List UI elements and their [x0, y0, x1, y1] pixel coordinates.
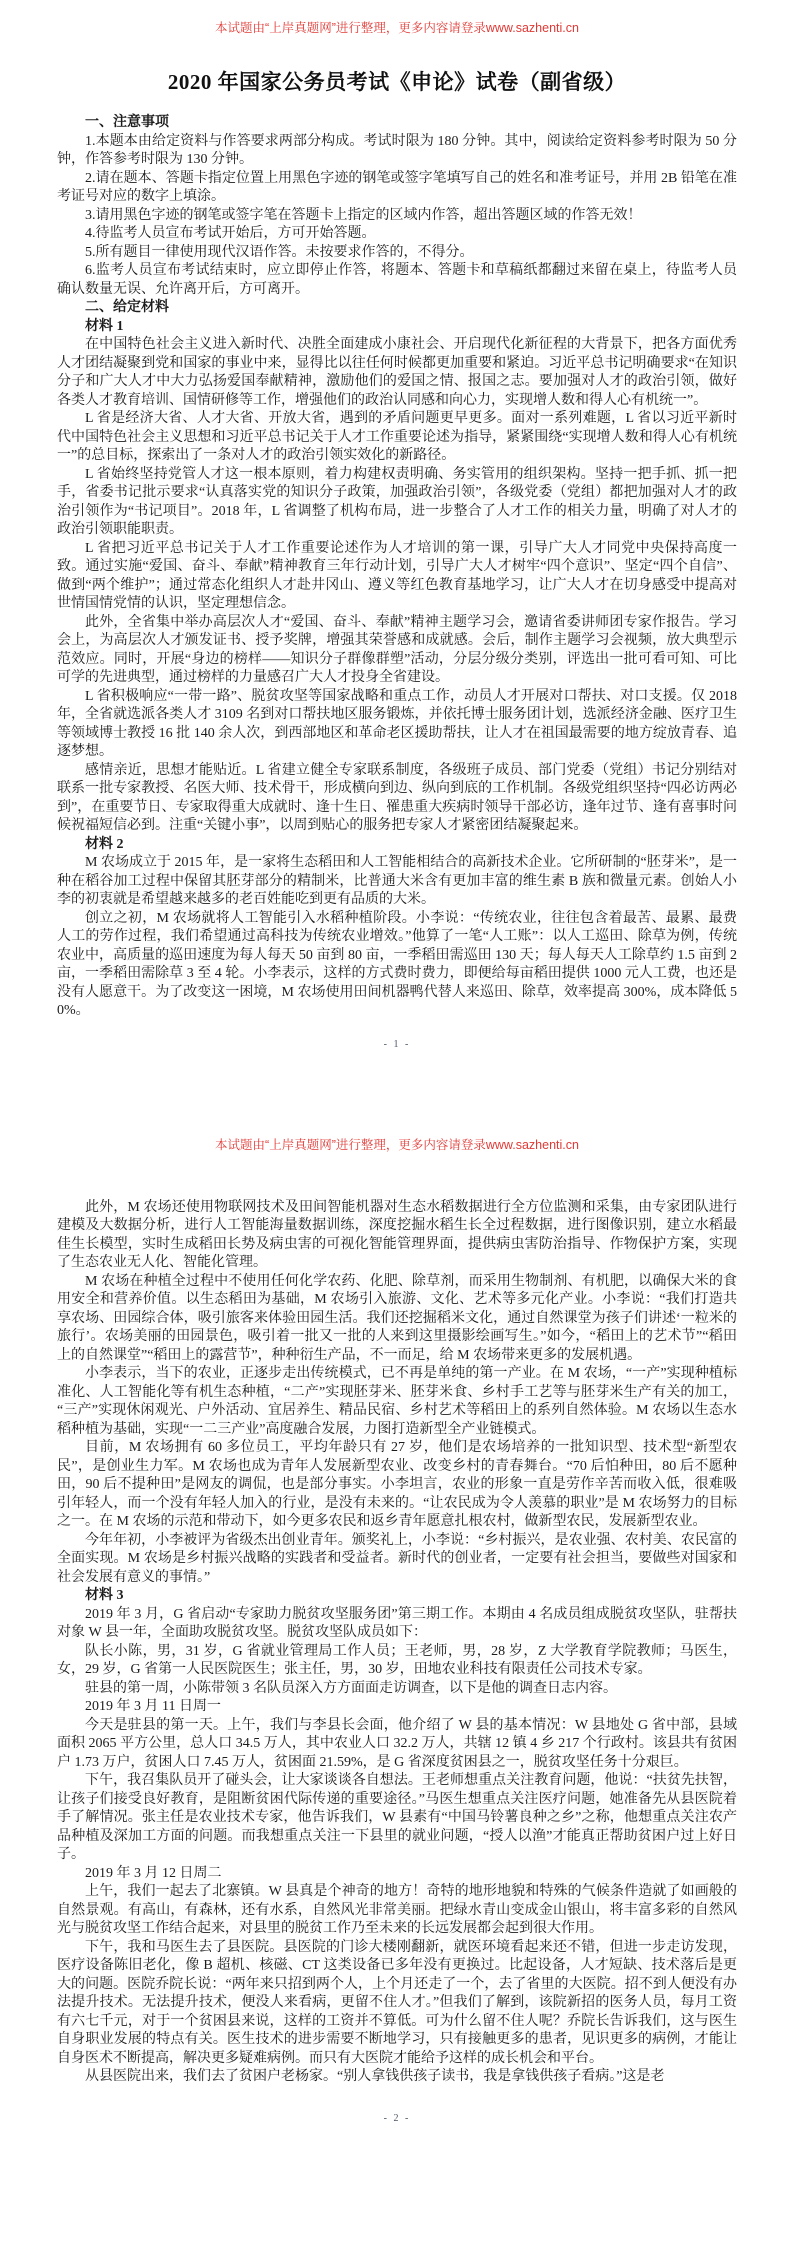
material1-paragraph: L 省把习近平总书记关于人才工作重要论述作为人才培训的第一课，引导广大人才同党中…: [57, 540, 737, 614]
material3-diary-date: 2019 年 3 月 11 日周一: [57, 1698, 737, 1717]
material3-paragraph: 下午，我和马医生去了县医院。县医院的门诊大楼刚翻新，就医环境看起来还不错，但进一…: [57, 1939, 737, 2069]
material3-heading: 材料 3: [57, 1587, 737, 1606]
page-1: 本试题由“上岸真题网”进行整理，更多内容请登录www.sazhenti.cn 2…: [0, 0, 794, 1050]
material2-paragraph: M 农场成立于 2015 年，是一家将生态稻田和人工智能相结合的高新技术企业。它…: [57, 854, 737, 910]
material1-paragraph: L 省始终坚持党管人才这一根本原则，着力构建权责明确、务实管用的组织架构。坚持一…: [57, 466, 737, 540]
material1-paragraph: L 省积极响应“一带一路”、脱贫攻坚等国家战略和重点工作，动员人才开展对口帮扶、…: [57, 688, 737, 762]
section-heading-materials: 二、给定材料: [57, 299, 737, 318]
notice-item: 4.待监考人员宣布考试开始后，方可开始答题。: [57, 225, 737, 244]
exam-title: 2020 年国家公务员考试《申论》试卷（副省级）: [57, 66, 737, 96]
notice-item: 5.所有题目一律使用现代汉语作答。未按要求作答的，不得分。: [57, 244, 737, 263]
material2-paragraph: 此外，M 农场还使用物联网技术及田间智能机器对生态水稻数据进行全方位监测和采集，…: [57, 1199, 737, 1273]
source-site-notice: 本试题由“上岸真题网”进行整理，更多内容请登录www.sazhenti.cn: [57, 0, 737, 36]
material2-heading: 材料 2: [57, 836, 737, 855]
notice-item: 2.请在题本、答题卡指定位置上用黑色字迹的钢笔或签字笔填写自己的姓名和准考证号，…: [57, 170, 737, 207]
page2-body: 此外，M 农场还使用物联网技术及田间智能机器对生态水稻数据进行全方位监测和采集，…: [57, 1199, 737, 2087]
material3-paragraph: 2019 年 3 月，G 省启动“专家助力脱贫攻坚服务团”第三期工作。本期由 4…: [57, 1606, 737, 1643]
page1-number: - 1 -: [57, 1039, 737, 1050]
material1-paragraph: 此外，全省集中举办高层次人才“爱国、奋斗、奉献”精神主题学习会，邀请省委讲师团专…: [57, 614, 737, 688]
material2-paragraph: M 农场在种植全过程中不使用任何化学农药、化肥、除草剂，而采用生物制剂、有机肥，…: [57, 1273, 737, 1366]
page-2: 本试题由“上岸真题网”进行整理，更多内容请登录www.sazhenti.cn 此…: [0, 1138, 794, 2124]
material3-paragraph: 队长小陈，男，31 岁，G 省就业管理局工作人员；王老师，男，28 岁，Z 大学…: [57, 1643, 737, 1680]
material1-paragraph: 感情亲近，思想才能贴近。L 省建立健全专家联系制度，各级班子成员、部门党委（党组…: [57, 762, 737, 836]
notice-item: 1.本题本由给定资料与作答要求两部分构成。考试时限为 180 分钟。其中，阅读给…: [57, 133, 737, 170]
page1-body: 一、注意事项 1.本题本由给定资料与作答要求两部分构成。考试时限为 180 分钟…: [57, 114, 737, 1021]
material2-paragraph: 今年年初，小李被评为省级杰出创业青年。颁奖礼上，小李说：“乡村振兴，是农业强、农…: [57, 1532, 737, 1588]
notice-item: 6.监考人员宣布考试结束时，应立即停止作答，将题本、答题卡和草稿纸都翻过来留在桌…: [57, 262, 737, 299]
material1-paragraph: L 省是经济大省、人才大省、开放大省，遇到的矛盾问题更早更多。面对一系列难题，L…: [57, 410, 737, 466]
material1-heading: 材料 1: [57, 318, 737, 337]
material3-paragraph: 上午，我们一起去了北寨镇。W 县真是个神奇的地方！奇特的地形地貌和特殊的气候条件…: [57, 1883, 737, 1939]
source-site-notice: 本试题由“上岸真题网”进行整理，更多内容请登录www.sazhenti.cn: [57, 1138, 737, 1153]
material2-paragraph: 创立之初，M 农场就将人工智能引入水稻种植阶段。小李说：“传统农业，往往包含着最…: [57, 910, 737, 1021]
material3-paragraph: 下午，我召集队员开了碰头会，让大家谈谈各自想法。王老师想重点关注教育问题，他说：…: [57, 1772, 737, 1865]
material3-paragraph: 驻县的第一周，小陈带领 3 名队员深入方方面面走访调查，以下是他的调查日志内容。: [57, 1680, 737, 1699]
material2-paragraph: 小李表示，当下的农业，正逐步走出传统模式，已不再是单纯的第一产业。在 M 农场，…: [57, 1365, 737, 1439]
material3-diary-date: 2019 年 3 月 12 日周二: [57, 1865, 737, 1884]
material3-paragraph: 从县医院出来，我们去了贫困户老杨家。“别人拿钱供孩子读书，我是拿钱供孩子看病。”…: [57, 2068, 737, 2087]
notice-item: 3.请用黑色字迹的钢笔或签字笔在答题卡上指定的区域内作答，超出答题区域的作答无效…: [57, 207, 737, 226]
page2-number: - 2 -: [57, 2113, 737, 2124]
material1-paragraph: 在中国特色社会主义进入新时代、决胜全面建成小康社会、开启现代化新征程的大背景下，…: [57, 336, 737, 410]
section-heading-notes: 一、注意事项: [57, 114, 737, 133]
material3-paragraph: 今天是驻县的第一天。上午，我们与李县长会面，他介绍了 W 县的基本情况：W 县地…: [57, 1717, 737, 1773]
material2-paragraph: 目前，M 农场拥有 60 多位员工，平均年龄只有 27 岁，他们是农场培养的一批…: [57, 1439, 737, 1532]
